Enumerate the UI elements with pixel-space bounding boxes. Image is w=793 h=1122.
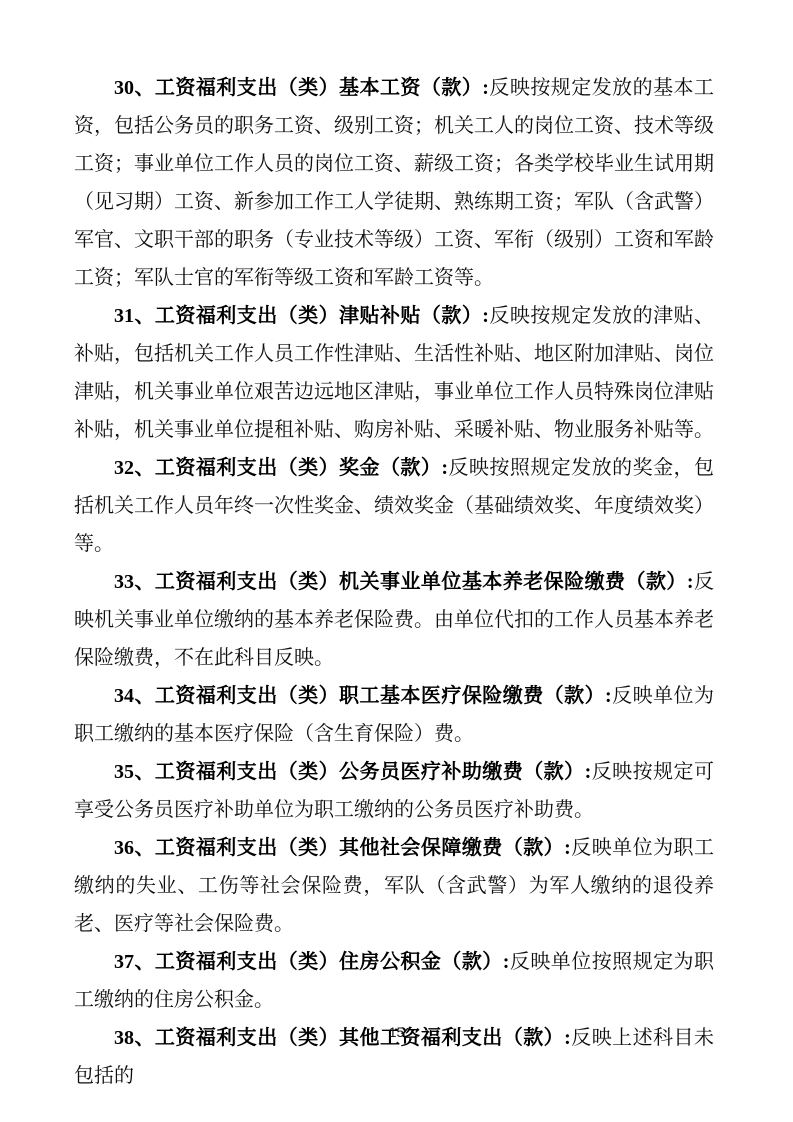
paragraph-heading: 34、工资福利支出（类）职工基本医疗保险缴费（款）:: [114, 685, 612, 707]
paragraph-heading: 35、工资福利支出（类）公务员医疗补助缴费（款）:: [114, 761, 591, 783]
paragraph-heading: 33、工资福利支出（类）机关事业单位基本养老保险缴费（款）:: [114, 571, 694, 593]
paragraph-item-30: 30、工资福利支出（类）基本工资（款）:反映按规定发放的基本工资，包括公务员的职…: [74, 69, 714, 297]
paragraph-item-36: 36、工资福利支出（类）其他社会保障缴费（款）:反映单位为职工缴纳的失业、工伤等…: [74, 829, 714, 943]
paragraph-heading: 31、工资福利支出（类）津贴补贴（款）:: [114, 305, 489, 327]
paragraph-item-31: 31、工资福利支出（类）津贴补贴（款）:反映按规定发放的津贴、补贴，包括机关工作…: [74, 297, 714, 449]
paragraph-heading: 30、工资福利支出（类）基本工资（款）:: [114, 77, 489, 99]
paragraph-item-37: 37、工资福利支出（类）住房公积金（款）:反映单位按照规定为职工缴纳的住房公积金…: [74, 943, 714, 1019]
paragraph-item-33: 33、工资福利支出（类）机关事业单位基本养老保险缴费（款）:反映机关事业单位缴纳…: [74, 563, 714, 677]
page-footer: 15: [0, 1024, 793, 1042]
paragraph-body: 反映按规定发放的基本工资，包括公务员的职务工资、级别工资；机关工人的岗位工资、技…: [74, 77, 714, 289]
paragraph-heading: 36、工资福利支出（类）其他社会保障缴费（款）:: [114, 837, 571, 859]
paragraph-heading: 37、工资福利支出（类）住房公积金（款）:: [114, 951, 509, 973]
paragraph-item-32: 32、工资福利支出（类）奖金（款）:反映按照规定发放的奖金，包括机关工作人员年终…: [74, 449, 714, 563]
paragraph-item-35: 35、工资福利支出（类）公务员医疗补助缴费（款）:反映按规定可享受公务员医疗补助…: [74, 753, 714, 829]
paragraph-heading: 32、工资福利支出（类）奖金（款）:: [114, 457, 448, 479]
page-number: 15: [389, 1024, 405, 1040]
document-body: 30、工资福利支出（类）基本工资（款）:反映按规定发放的基本工资，包括公务员的职…: [74, 69, 714, 1095]
document-page: 30、工资福利支出（类）基本工资（款）:反映按规定发放的基本工资，包括公务员的职…: [0, 0, 793, 1122]
paragraph-item-34: 34、工资福利支出（类）职工基本医疗保险缴费（款）:反映单位为职工缴纳的基本医疗…: [74, 677, 714, 753]
